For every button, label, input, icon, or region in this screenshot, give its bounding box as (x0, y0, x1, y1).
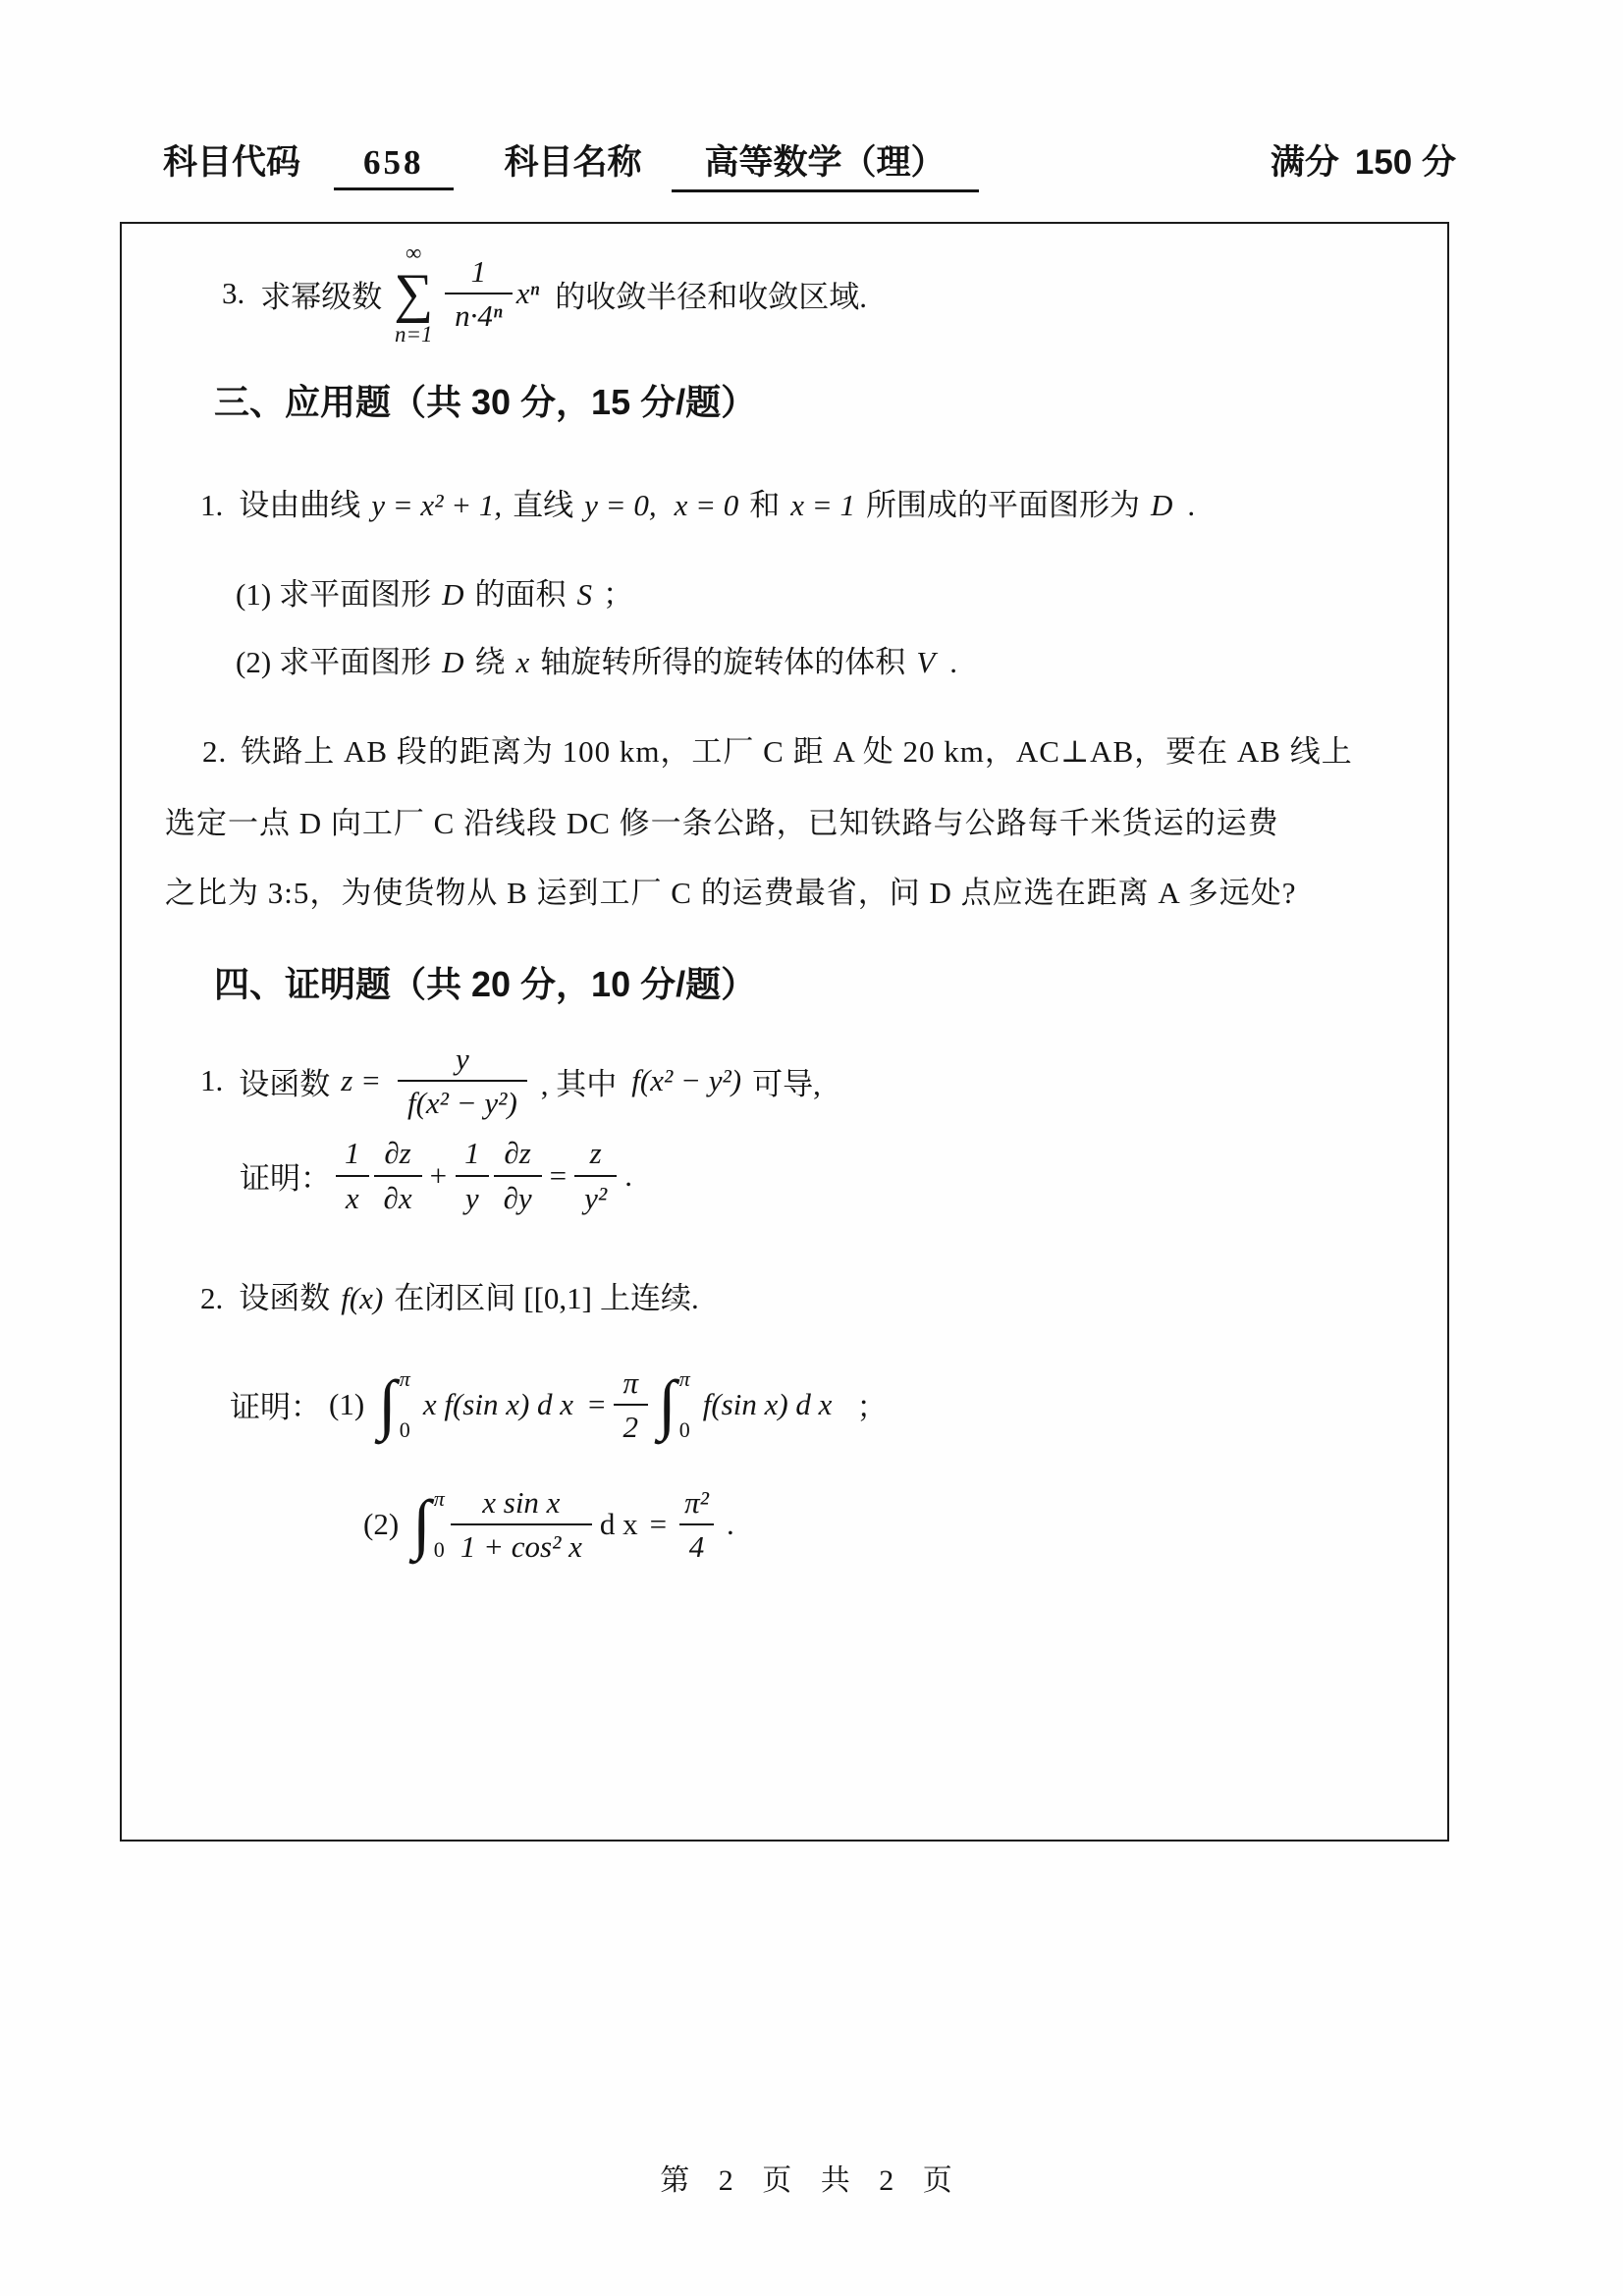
exam-page: 科目代码 658 科目名称 高等数学（理） 满分 150 分 3. 求幂级数 ∞… (0, 0, 1623, 2296)
math-expression: f(x² − y²) (631, 1063, 741, 1098)
equals-sign: = (588, 1387, 605, 1422)
fraction-numerator: x sin x (472, 1484, 569, 1523)
fraction-numerator: π (614, 1364, 649, 1404)
math-expression: V (916, 645, 935, 680)
problem-text: 设函数 (239, 1273, 330, 1317)
equals-sign: = (550, 1158, 567, 1194)
integral-upper-limit: π (434, 1488, 445, 1510)
sum-lower-limit: n=1 (395, 323, 433, 346)
item-label: (2) (363, 1507, 399, 1542)
integral-limits: π 0 (679, 1364, 690, 1445)
fraction-denominator: ∂x (374, 1175, 422, 1216)
problem-text: 可导, (752, 1059, 821, 1103)
math-expression: D (442, 645, 463, 680)
fraction-numerator: ∂z (494, 1135, 540, 1174)
full-score-value: 150 分 (1355, 135, 1456, 185)
punctuation: ； (603, 569, 633, 614)
question-text: 的收敛半径和收敛区域. (555, 272, 867, 316)
integral-operator: ∫ π 0 (378, 1364, 410, 1445)
fraction-numerator: π² (675, 1484, 719, 1523)
fraction-z-over-y2: z y² (574, 1135, 617, 1215)
problem-text: 求平面图形 (279, 569, 431, 614)
application-problem-2-line-1: 2. 铁路上 AB 段的距离为 100 km，工厂 C 距 A 处 20 km，… (202, 726, 1412, 771)
problem-text: , 其中 (541, 1059, 618, 1103)
fraction-numerator: z (580, 1135, 612, 1174)
plus-operator: + (430, 1158, 447, 1194)
fraction-denominator: 2 (614, 1404, 649, 1445)
item-number: 1. (200, 1063, 223, 1098)
problem-text: 设由曲线 (239, 480, 360, 524)
application-problem-1: 1. 设由曲线 y = x² + 1, 直线 y = 0, x = 0 和 x … (200, 480, 1412, 524)
summation-operator: ∞ ∑ n=1 (394, 241, 433, 346)
item-label: (1) (236, 577, 271, 613)
integral-lower-limit: 0 (679, 1419, 690, 1441)
integral-lower-limit: 0 (434, 1539, 445, 1561)
integrand-fraction: x sin x 1 + cos² x (451, 1484, 592, 1565)
integral-lower-limit: 0 (400, 1419, 410, 1441)
integrand: f(sin x) d x (703, 1387, 833, 1422)
sigma-icon: ∑ (394, 264, 433, 323)
math-expression: [[0,1] (523, 1281, 592, 1316)
proof-1-claim: 证明： 1 x ∂z ∂x + 1 y ∂z ∂y = z y² (238, 1135, 1412, 1215)
application-problem-2-line-2: 选定一点 D 向工厂 C 沿线段 DC 修一条公路，已知铁路与公路每千米货运的运… (165, 798, 1412, 842)
sum-upper-limit: ∞ (406, 241, 421, 264)
math-expression: D (442, 577, 463, 613)
application-problem-2-line-3: 之比为 3:5，为使货物从 B 运到工厂 C 的运费最省，问 D 点应选在距离 … (165, 868, 1412, 912)
problem-text: 直线 (513, 480, 573, 524)
integrand: x f(sin x) d x (423, 1387, 573, 1422)
problem-text: 和 (749, 480, 780, 524)
fraction-pi-over-2: π 2 (614, 1364, 649, 1445)
fraction-numerator: y (446, 1041, 479, 1080)
integral-icon: ∫ (412, 1496, 431, 1553)
integral-upper-limit: π (679, 1368, 690, 1390)
header: 科目代码 658 科目名称 高等数学（理） 满分 150 分 (163, 135, 1456, 192)
subject-name-value: 高等数学（理） (672, 135, 979, 192)
proof-problem-2: 2. 设函数 f(x) 在闭区间 [[0,1] 上连续. (200, 1273, 1412, 1317)
section-4-heading: 四、证明题（共 20 分，10 分/题） (214, 957, 1412, 1007)
page-number: 第 2 页 共 2 页 (0, 2156, 1623, 2199)
integral-operator: ∫ π 0 (658, 1364, 690, 1445)
application-problem-1-part-1: (1) 求平面图形 D 的面积 S ； (230, 569, 1412, 614)
fraction-denominator: x (336, 1175, 369, 1216)
series-term: xⁿ (516, 276, 540, 311)
item-label: (2) (236, 645, 271, 680)
fraction-denominator: 4 (679, 1523, 715, 1565)
math-expression: D (1151, 488, 1172, 523)
math-expression: S (577, 577, 593, 613)
equals-sign: = (650, 1507, 667, 1542)
punctuation: . (727, 1507, 734, 1542)
fraction-numerator: ∂z (374, 1135, 420, 1174)
math-expression: z = (341, 1063, 381, 1098)
full-score-label: 满分 (1271, 135, 1339, 185)
problem-text: 上连续. (600, 1273, 699, 1317)
fraction-denominator: n·4ⁿ (445, 293, 513, 334)
math-expression: y = 0, (584, 488, 656, 523)
fraction-dz-dx: ∂z ∂x (374, 1135, 422, 1215)
fraction-1-over-y: 1 y (455, 1135, 490, 1215)
math-expression: f(x) (341, 1281, 383, 1316)
fraction-dz-dy: ∂z ∂y (494, 1135, 542, 1215)
math-expression: x (516, 645, 530, 680)
section-3-heading: 三、应用题（共 30 分，15 分/题） (214, 375, 1412, 425)
punctuation: ； (856, 1382, 887, 1426)
application-problem-1-part-2: (2) 求平面图形 D 绕 x 轴旋转所得的旋转体的体积 V . (230, 637, 1412, 681)
item-label: (1) (329, 1387, 364, 1422)
fraction-numerator: 1 (461, 253, 497, 293)
fraction-denominator: 1 + cos² x (451, 1523, 592, 1565)
problem-text: 绕 (475, 637, 506, 681)
integral-limits: π 0 (400, 1364, 410, 1445)
prove-label: 证明： (230, 1382, 321, 1426)
fraction-numerator: 1 (335, 1135, 370, 1174)
fraction-denominator: f(x² − y²) (398, 1080, 527, 1121)
fraction-denominator: y² (574, 1175, 617, 1216)
prove-label: 证明： (240, 1153, 331, 1198)
proof-2-claim-1: 证明： (1) ∫ π 0 x f(sin x) d x = π 2 ∫ π 0 (228, 1364, 1412, 1445)
fraction-numerator: 1 (455, 1135, 490, 1174)
integral-operator: ∫ π 0 (412, 1484, 445, 1565)
punctuation: . (1187, 488, 1195, 523)
item-number: 2. (200, 1281, 223, 1316)
item-number: 1. (200, 488, 223, 523)
fraction-1-over-x: 1 x (335, 1135, 370, 1215)
fraction-pi2-over-4: π² 4 (675, 1484, 719, 1565)
differential: d x (600, 1507, 638, 1542)
math-expression: x = 1 (790, 488, 855, 523)
integral-limits: π 0 (434, 1484, 445, 1565)
integral-upper-limit: π (400, 1368, 410, 1390)
math-expression: y = x² + 1, (371, 488, 502, 523)
problem-text: 在闭区间 (394, 1273, 515, 1317)
proof-2-claim-2: (2) ∫ π 0 x sin x 1 + cos² x d x = π² 4 … (357, 1484, 1412, 1565)
problem-text: 轴旋转所得的旋转体的体积 (540, 637, 905, 681)
fraction-denominator: y (456, 1175, 489, 1216)
math-expression: x = 0 (675, 488, 739, 523)
problem-text: 求平面图形 (279, 637, 431, 681)
question-3: 3. 求幂级数 ∞ ∑ n=1 1 n·4ⁿ xⁿ 的收敛半径和收敛区域. (222, 241, 1412, 346)
problem-text: 所围成的平面图形为 (866, 480, 1140, 524)
integral-icon: ∫ (378, 1376, 397, 1433)
question-text: 求幂级数 (260, 272, 382, 316)
subject-name-label: 科目名称 (505, 135, 642, 185)
proof-problem-1: 1. 设函数 z = y f(x² − y²) , 其中 f(x² − y²) … (200, 1041, 1412, 1121)
punctuation: . (949, 645, 957, 680)
item-number: 2. (202, 734, 227, 770)
item-number: 3. (222, 276, 244, 311)
series-fraction: 1 n·4ⁿ (445, 253, 513, 334)
z-fraction: y f(x² − y²) (398, 1041, 527, 1121)
integral-icon: ∫ (658, 1376, 676, 1433)
problem-text: 的面积 (475, 569, 567, 614)
question-sheet: 3. 求幂级数 ∞ ∑ n=1 1 n·4ⁿ xⁿ 的收敛半径和收敛区域. 三、… (120, 222, 1449, 1842)
problem-text: 铁路上 AB 段的距离为 100 km，工厂 C 距 A 处 20 km，AC⊥… (241, 726, 1353, 771)
fraction-denominator: ∂y (494, 1175, 542, 1216)
problem-text: 设函数 (239, 1059, 330, 1103)
subject-code-value: 658 (334, 143, 454, 190)
punctuation: . (624, 1158, 632, 1194)
subject-code-label: 科目代码 (163, 135, 300, 185)
full-score: 满分 150 分 (1271, 135, 1456, 185)
